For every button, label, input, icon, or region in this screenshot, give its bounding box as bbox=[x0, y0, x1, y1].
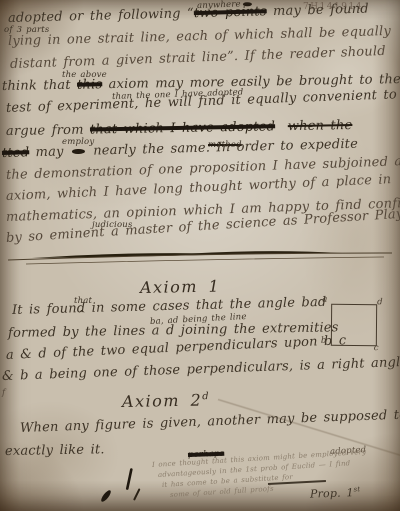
intro-line-1: adopted or the following “two points may… bbox=[8, 2, 369, 26]
intro-line-6: argue from that which I have adopted whe… bbox=[6, 118, 353, 139]
struck-text: two points bbox=[194, 4, 267, 21]
text-segment: Prop. 1 bbox=[310, 486, 354, 501]
axiom-2-line-2: exactly like it. bbox=[5, 442, 105, 459]
ordinal-suffix: d bbox=[202, 391, 210, 402]
intro-line-3: distant from a given strait line”. If th… bbox=[10, 44, 386, 72]
divider-flourish bbox=[4, 245, 396, 267]
struck-text: this bbox=[77, 77, 102, 92]
text-segment: may be found bbox=[267, 2, 369, 20]
diagram-label-b: b bbox=[321, 336, 327, 346]
axiom-2-heading: Axiom 2d bbox=[122, 390, 210, 411]
ordinal-suffix: st bbox=[353, 485, 360, 493]
text-segment: nearly the same. In order to expedite bbox=[87, 137, 359, 159]
text-segment: think that bbox=[2, 78, 77, 94]
ink-blot bbox=[72, 149, 85, 154]
text-segment: adopted or the following “ bbox=[8, 6, 194, 26]
axiom-1-line-1: It is found in some cases that the angle… bbox=[12, 295, 327, 318]
prop-label: Prop. 1st bbox=[310, 485, 361, 500]
diagram-label-d: d bbox=[377, 297, 383, 307]
axiom-1-heading: Axiom 1 bbox=[140, 277, 221, 297]
square-diagram: a d b c bbox=[331, 304, 377, 346]
text-segment: may bbox=[29, 144, 70, 160]
diagram-label-a: a bbox=[322, 295, 327, 305]
struck-text: that which I have adopted bbox=[90, 119, 275, 137]
text-segment: Axiom 2 bbox=[122, 391, 203, 411]
margin-mark: f bbox=[2, 388, 5, 398]
manuscript-page: anywhere 7H141914 adopted or the followi… bbox=[0, 0, 400, 511]
diagram-label-c: c bbox=[374, 343, 379, 353]
struck-text: when the bbox=[288, 118, 353, 134]
struck-text: tted bbox=[2, 145, 30, 161]
axiom-2-line-1: When any figure is given, another may be… bbox=[20, 406, 400, 436]
ink-marks bbox=[92, 466, 162, 511]
